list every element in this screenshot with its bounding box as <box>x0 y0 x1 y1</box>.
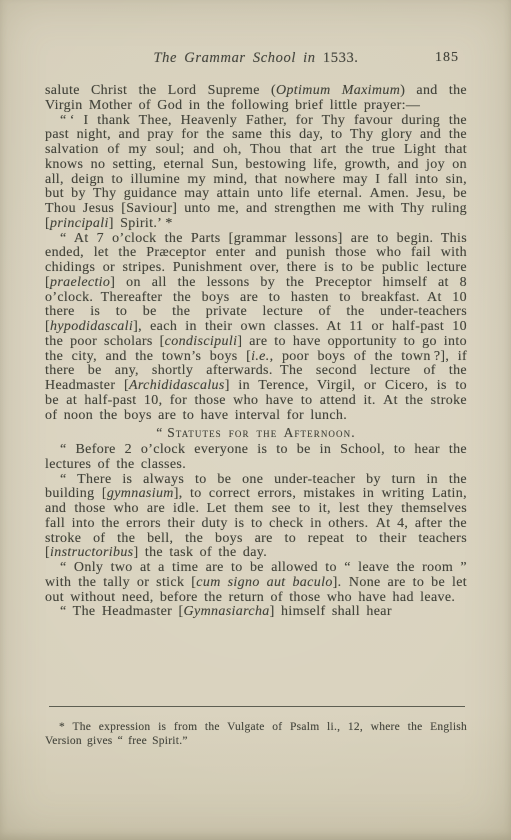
latin-term: principali <box>50 216 109 231</box>
text-segment: * The expression is from the Vulgate of … <box>45 721 467 747</box>
text-segment: ] Spirit.’ * <box>109 216 173 231</box>
paragraph: “ Before 2 o’clock everyone is to be in … <box>45 443 467 473</box>
latin-term: Gymnasiarcha <box>184 604 270 619</box>
running-title: The Grammar School in 1533. <box>45 50 467 67</box>
paragraph: salute Christ the Lord Supreme (Optimum … <box>45 84 467 114</box>
latin-term: gymnasium <box>107 486 174 501</box>
paragraph: “ Only two at a time are to be allowed t… <box>45 561 467 605</box>
footnote-text: * The expression is from the Vulgate of … <box>45 721 467 748</box>
running-title-year: 1533. <box>323 50 359 66</box>
footnote-rule <box>49 706 465 707</box>
latin-term: instructoribus <box>50 545 133 560</box>
text-segment: “ ‘ I thank Thee, Heavenly Father, for T… <box>45 113 467 231</box>
latin-term: Archididascalus <box>129 378 225 393</box>
latin-term: hypodidascali <box>50 319 133 334</box>
running-title-text: The Grammar School in <box>153 50 322 66</box>
page-header: The Grammar School in 1533. 185 <box>45 50 467 70</box>
paragraph: “ ‘ I thank Thee, Heavenly Father, for T… <box>45 114 467 232</box>
text-segment: “ Before 2 o’clock everyone is to be in … <box>45 442 467 472</box>
text-segment: ] himself shall hear <box>270 604 392 619</box>
latin-term: cum signo aut baculo <box>196 575 332 590</box>
text-segment: “ The Headmaster [ <box>60 604 184 619</box>
paragraph: “ The Headmaster [Gymnasiarcha] himself … <box>45 605 467 620</box>
paragraph: “ There is always to be one under-teache… <box>45 473 467 562</box>
text-segment: Statutes for the Afternoon. <box>167 425 356 440</box>
latin-term: i.e. <box>251 349 270 364</box>
paragraph: “ At 7 o’clock the Parts [grammar lesson… <box>45 232 467 424</box>
footnote: * The expression is from the Vulgate of … <box>45 706 467 748</box>
book-page: The Grammar School in 1533. 185 salute C… <box>0 0 511 840</box>
text-block: salute Christ the Lord Supreme (Optimum … <box>45 84 467 709</box>
section-heading: “ Statutes for the Afternoon. <box>45 426 467 441</box>
page-number: 185 <box>435 50 459 66</box>
latin-term: Optimum Maximum <box>276 83 400 98</box>
latin-term: praelectio <box>50 275 110 290</box>
text-segment: salute Christ the Lord Supreme ( <box>45 83 276 98</box>
latin-term: condiscipuli <box>165 334 238 349</box>
text-segment: ] the task of the day. <box>133 545 267 560</box>
text-segment: “ <box>156 425 167 440</box>
